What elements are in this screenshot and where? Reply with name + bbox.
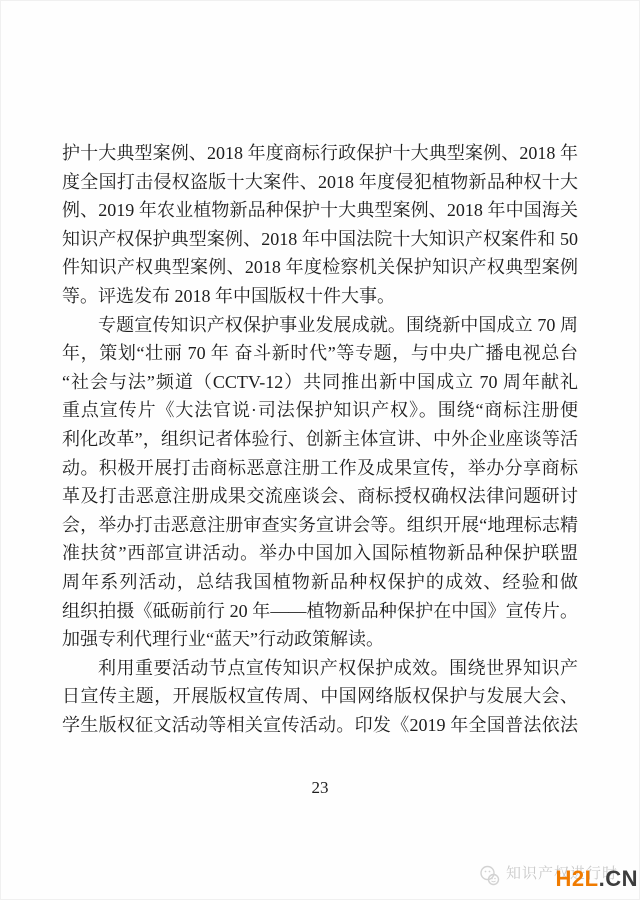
brand-name: H2L [556,866,599,891]
text-line: 等。评选发布 2018 年中国版权十件大事。 [62,282,578,311]
paragraph: 护十大典型案例、2018 年度商标行政保护十大典型案例、2018 年 度全国打击… [62,139,578,311]
text-line: 重点宣传片《大法官说·司法保护知识产权》。围绕“商标注册便 [62,396,578,425]
text-line: 度全国打击侵权盗版十大案件、2018 年度侵犯植物新品种权十大案 [62,168,578,197]
paragraph: 专题宣传知识产权保护事业发展成就。围绕新中国成立 70 周 年，策划“壮丽 70… [62,311,578,654]
text-line: 动。积极开展打击商标恶意注册工作及成果宣传，举办分享商标改 [62,454,578,483]
text-line: 日宣传主题，开展版权宣传周、中国网络版权保护与发展大会、大 [62,682,578,711]
text-line: “社会与法”频道（CCTV-12）共同推出新中国成立 70 周年献礼 [62,368,578,397]
text-line: 例、2019 年农业植物新品种保护十大典型案例、2018 年中国海关 [62,196,578,225]
text-line: 知识产权保护典型案例、2018 年中国法院十大知识产权案件和 50 [62,225,578,254]
text-line: 件知识产权典型案例、2018 年度检察机关保护知识产权典型案例 [62,253,578,282]
watermark-brand: H2L.CN [556,866,638,892]
text-line: 年，策划“壮丽 70 年 奋斗新时代”等专题，与中央广播电视总台 [62,339,578,368]
text-line: 会，举办打击恶意注册审查实务宣讲会等。组织开展“地理标志精 [62,511,578,540]
text-line: 准扶贫”西部宣讲活动。举办中国加入国际植物新品种保护联盟 20 [62,539,578,568]
text-content: 护十大典型案例、2018 年度商标行政保护十大典型案例、2018 年 度全国打击… [62,139,578,739]
text-line: 周年系列活动，总结我国植物新品种权保护的成效、经验和做法。 [62,568,578,597]
text-line: 加强专利代理行业“蓝天”行动政策解读。 [62,625,578,654]
text-line: 组织拍摄《砥砺前行 20 年——植物新品种保护在中国》宣传片。 [62,597,578,626]
watermark: 知识产权进行时 H2L.CN [470,856,640,894]
brand-domain-suffix: .CN [599,866,638,891]
paragraph: 利用重要活动节点宣传知识产权保护成效。围绕世界知识产权 日宣传主题，开展版权宣传… [62,654,578,740]
text-line: 护十大典型案例、2018 年度商标行政保护十大典型案例、2018 年 [62,139,578,168]
wechat-smiley-icon [478,864,502,888]
document-page: 护十大典型案例、2018 年度商标行政保护十大典型案例、2018 年 度全国打击… [0,0,640,900]
text-line: 利用重要活动节点宣传知识产权保护成效。围绕世界知识产权 [62,654,578,683]
text-line: 专题宣传知识产权保护事业发展成就。围绕新中国成立 70 周 [62,311,578,340]
page-number: 23 [0,778,640,798]
text-line: 利化改革”，组织记者体验行、创新主体宣讲、中外企业座谈等活 [62,425,578,454]
text-line: 学生版权征文活动等相关宣传活动。印发《2019 年全国普法依法治 [62,711,578,740]
text-line: 革及打击恶意注册成果交流座谈会、商标授权确权法律问题研讨 [62,482,578,511]
